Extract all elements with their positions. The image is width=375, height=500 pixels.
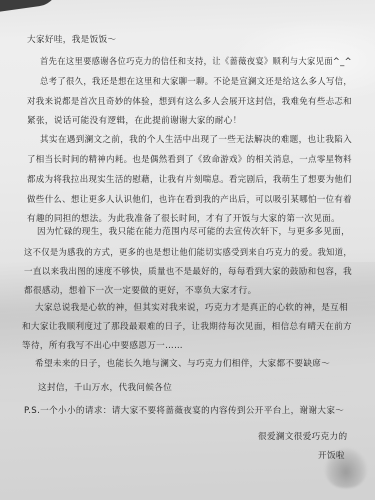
paragraph-line: 因为忙碌的现生，我只能在能力范围内尽可能的去宣传次轩下，与更多多见面，: [37, 227, 350, 237]
letter-greeting: 大家好哇，我是饭饭～: [27, 35, 116, 45]
paper-wave-shadow: [0, 262, 375, 402]
paragraph-line: 首先在这里要感谢各位巧克力的信任和支持，让《蔷薇夜宴》顺利与大家见面^_^: [40, 57, 352, 67]
paragraph-line: 希望未来的日子，也能长久地与澜文、与巧克力们相伴，大家都不要缺席～: [35, 359, 330, 369]
paragraph-line: 有趣的同担的想法。为此我准备了很长时间，才有了开饭与大家的第一次见面。: [27, 214, 340, 224]
signature-name: 开饭啦: [318, 451, 345, 461]
paragraph-line: 紧张，说话可能没有逻辑，在此提前谢谢大家的耐心！: [27, 116, 242, 126]
paragraph-line: 对我来说都是首次且奇妙的体验，想到有这么多人会展开这封信，我难免有些忐忑和: [27, 97, 352, 107]
corner-shadow: [0, 0, 61, 13]
signature-line: 很爱澜文很爱巧克力的: [258, 432, 347, 442]
paragraph-line: 一直以来我出图的速度不够快，质量也不是最好的，每每看到大家的鼓励和包容，我: [24, 267, 352, 277]
paragraph-line: 其实在遇到澜文之前，我的个人生活中出现了一些无法解决的难题，也让我陷入: [40, 135, 352, 145]
letter-postscript: P.S.一个小小的请求：请大家不要将蔷薇夜宴的内容传到公开平台上，谢谢大家～: [24, 406, 344, 416]
paragraph-line: 大家总说我是心软的神，但其实对我来说，巧克力才是真正的心软的神，是互相: [35, 303, 348, 313]
paragraph-line: 总考了很久，我还是想在这里和大家聊一聊。不论是宣澜文还是给这么多人写信，: [40, 77, 352, 87]
letter-farewell: 这封信，千山万水，代我问候各位: [38, 383, 172, 393]
paragraph-line: 和大家让我顺利度过了那段最艰难的日子，让我期待每次见面，相信总有晴天在前方: [22, 322, 352, 332]
paragraph-line: 都很感动，想着下一次一定要做的更好，不辜负大家才行。: [24, 286, 257, 296]
paragraph-line: 做些什么、想让更多人认识他们，也许在看到我的产出后，可以吸引某哪怕一位有着: [27, 195, 352, 205]
paragraph-line: 都成为将我拉出现实生活的慰藉，让我有片刻喘息。看完剧后，我萌生了想要为他们: [27, 175, 352, 185]
letter-paper: 大家好哇，我是饭饭～ 首先在这里要感谢各位巧克力的信任和支持，让《蔷薇夜宴》顺利…: [0, 0, 375, 500]
paragraph-line: 等待，所有我写不出心中要感恩万一……: [22, 341, 183, 351]
paragraph-line: 这不仅是为感我的方式，更多的也是想让他们能切实感受到来自巧克力的爱。我知道，: [24, 248, 352, 258]
paragraph-line: 了相当长时间的精神内耗。也是偶然看到了《致命游戏》的相关消息，一点零星物料: [27, 155, 352, 165]
